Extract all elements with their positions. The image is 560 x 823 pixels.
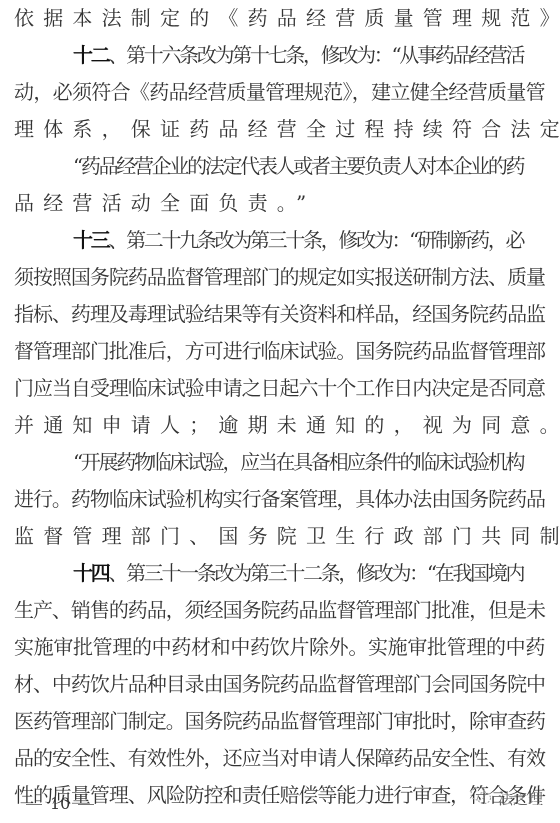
line-text: 须按照国务院药品监督管理部门的规定如实报送研制方法、质量 bbox=[14, 265, 545, 289]
text-line: 材、中药饮片品种目录由国务院药品监督管理部门会同国务院中 bbox=[14, 669, 546, 699]
text-line: 品经营活动全面负责。” bbox=[14, 188, 546, 218]
text-line: 医药管理部门制定。国务院药品监督管理部门审批时，除审查药 bbox=[14, 706, 546, 736]
line-text: 实施审批管理的中药材和中药饮片除外。实施审批管理的中药 bbox=[14, 635, 545, 659]
watermark-text: 法之理 bbox=[498, 788, 543, 809]
text-line: 须按照国务院药品监督管理部门的规定如实报送研制方法、质量 bbox=[14, 262, 546, 292]
section-number: 十二 bbox=[73, 43, 108, 67]
text-line: 品的安全性、有效性外，还应当对申请人保障药品安全性、有效 bbox=[14, 743, 546, 773]
line-text: 、第二十九条改为第三十条，修改为：“研制新药，必 bbox=[108, 228, 523, 252]
wechat-icon bbox=[470, 786, 492, 810]
line-text: 、第三十一条改为第三十二条，修改为：“在我国境内 bbox=[108, 561, 523, 585]
line-text: 并通知申请人；逾期未通知的，视为同意。 bbox=[14, 413, 560, 437]
text-line: “药品经营企业的法定代表人或者主要负责人对本企业的药 bbox=[73, 151, 560, 181]
text-line: 进行。药物临床试验机构实行备案管理，具体办法由国务院药品 bbox=[14, 484, 546, 514]
line-text: “药品经营企业的法定代表人或者主要负责人对本企业的药 bbox=[73, 154, 523, 178]
line-text: 进行。药物临床试验机构实行备案管理，具体办法由国务院药品 bbox=[14, 487, 545, 511]
text-line: 十四、第三十一条改为第三十二条，修改为：“在我国境内 bbox=[73, 558, 560, 588]
text-line: 门应当自受理临床试验申请之日起六十个工作日内决定是否同意 bbox=[14, 373, 546, 403]
section-number: 十三 bbox=[73, 228, 108, 252]
text-line: 监督管理部门、国务院卫生行政部门共同制定。” bbox=[14, 521, 546, 551]
line-text: 生产、销售的药品，须经国务院药品监督管理部门批准，但是未 bbox=[14, 598, 545, 622]
line-text: 督管理部门批准后，方可进行临床试验。国务院药品监督管理部 bbox=[14, 339, 545, 363]
text-line: 十三、第二十九条改为第三十条，修改为：“研制新药，必 bbox=[73, 225, 560, 255]
line-text: 材、中药饮片品种目录由国务院药品监督管理部门会同国务院中 bbox=[14, 672, 545, 696]
text-line: 十二、第十六条改为第十七条，修改为：“从事药品经营活 bbox=[73, 40, 560, 70]
line-text: 理体系，保证药品经营全过程持续符合法定要求。 bbox=[14, 117, 560, 141]
page-number: 10 bbox=[18, 794, 102, 814]
text-line: 实施审批管理的中药材和中药饮片除外。实施审批管理的中药 bbox=[14, 632, 546, 662]
text-line: 生产、销售的药品，须经国务院药品监督管理部门批准，但是未 bbox=[14, 595, 546, 625]
watermark: 法之理 bbox=[470, 786, 543, 810]
line-text: 门应当自受理临床试验申请之日起六十个工作日内决定是否同意 bbox=[14, 376, 545, 400]
text-line: 督管理部门批准后，方可进行临床试验。国务院药品监督管理部 bbox=[14, 336, 546, 366]
text-line: 动，必须符合《药品经营质量管理规范》，建立健全经营质量管 bbox=[14, 77, 546, 107]
line-text: 指标、药理及毒理试验结果等有关资料和样品，经国务院药品监 bbox=[14, 302, 545, 326]
line-text: “开展药物临床试验，应当在具备相应条件的临床试验机构 bbox=[73, 450, 523, 474]
line-text: 动，必须符合《药品经营质量管理规范》，建立健全经营质量管 bbox=[14, 80, 545, 104]
dash-right bbox=[78, 804, 94, 805]
line-text: 品的安全性、有效性外，还应当对申请人保障药品安全性、有效 bbox=[14, 746, 545, 770]
text-line: 并通知申请人；逾期未通知的，视为同意。 bbox=[14, 410, 546, 440]
line-text: 依据本法制定的《药品经营质量管理规范》的要求”。 bbox=[14, 6, 560, 30]
dash-left bbox=[26, 804, 42, 805]
line-text: 品经营活动全面负责。” bbox=[14, 191, 315, 215]
line-text: 医药管理部门制定。国务院药品监督管理部门审批时，除审查药 bbox=[14, 709, 545, 733]
document-page: 依据本法制定的《药品经营质量管理规范》的要求”。十二、第十六条改为第十七条，修改… bbox=[0, 0, 560, 823]
text-line: 指标、药理及毒理试验结果等有关资料和样品，经国务院药品监 bbox=[14, 299, 546, 329]
page-number-value: 10 bbox=[50, 794, 70, 813]
text-line: 依据本法制定的《药品经营质量管理规范》的要求”。 bbox=[14, 3, 546, 33]
text-line: “开展药物临床试验，应当在具备相应条件的临床试验机构 bbox=[73, 447, 560, 477]
line-text: 、第十六条改为第十七条，修改为：“从事药品经营活 bbox=[108, 43, 523, 67]
section-number: 十四 bbox=[73, 561, 108, 585]
text-line: 理体系，保证药品经营全过程持续符合法定要求。 bbox=[14, 114, 546, 144]
line-text: 监督管理部门、国务院卫生行政部门共同制定。” bbox=[14, 524, 560, 548]
